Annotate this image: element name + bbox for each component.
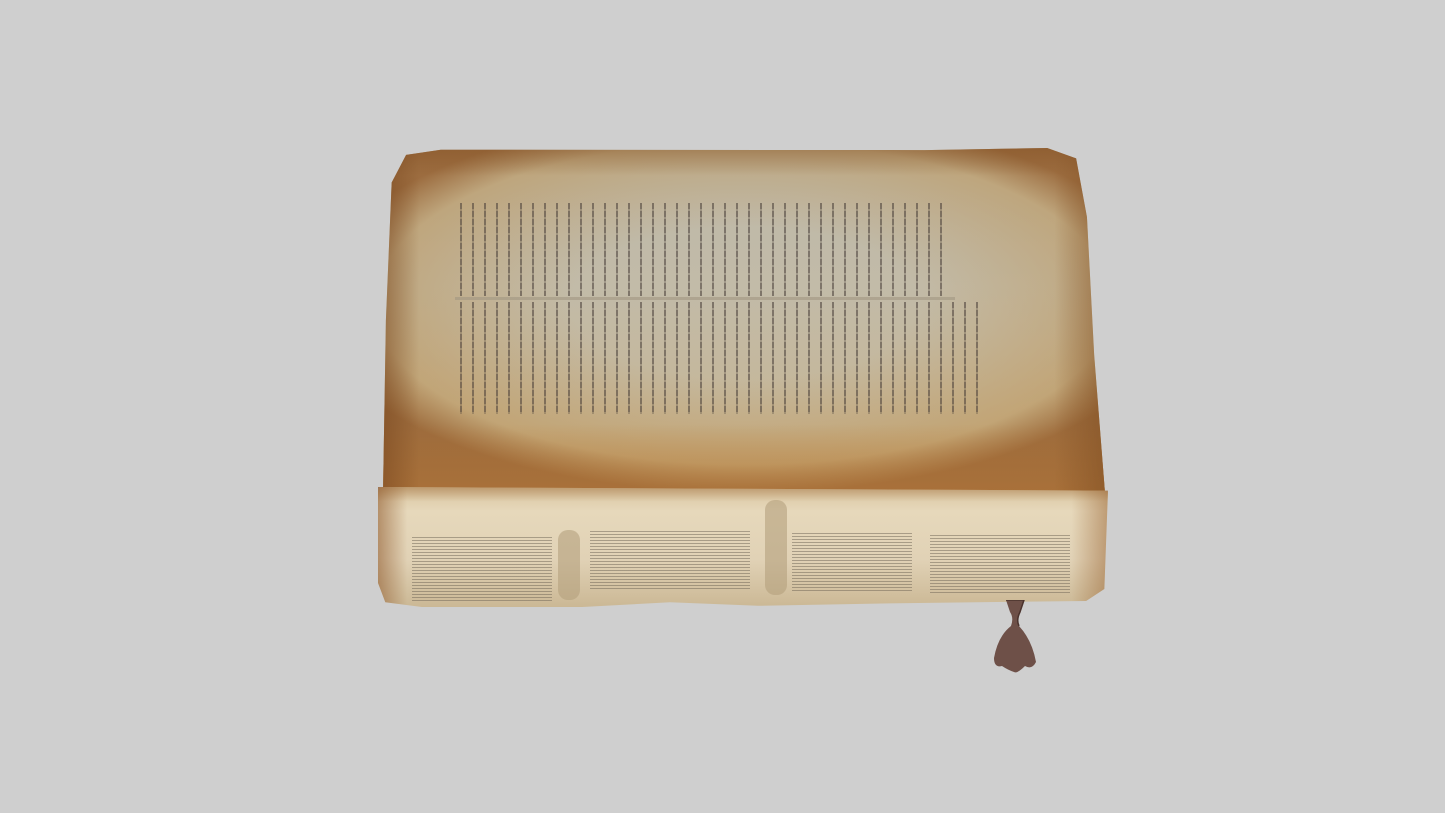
render-viewport [0, 0, 1445, 813]
edge-script-block [792, 531, 912, 593]
leather-clasp-icon [992, 600, 1038, 675]
edge-wrinkle [765, 500, 787, 595]
edge-script-block [930, 533, 1070, 593]
manuscript-text-lower [455, 302, 980, 414]
manuscript-fold-line [455, 297, 955, 300]
edge-wrinkle [558, 530, 580, 600]
manuscript-text-upper [455, 203, 945, 296]
edge-script-block [590, 529, 750, 591]
edge-script-block [412, 535, 552, 601]
